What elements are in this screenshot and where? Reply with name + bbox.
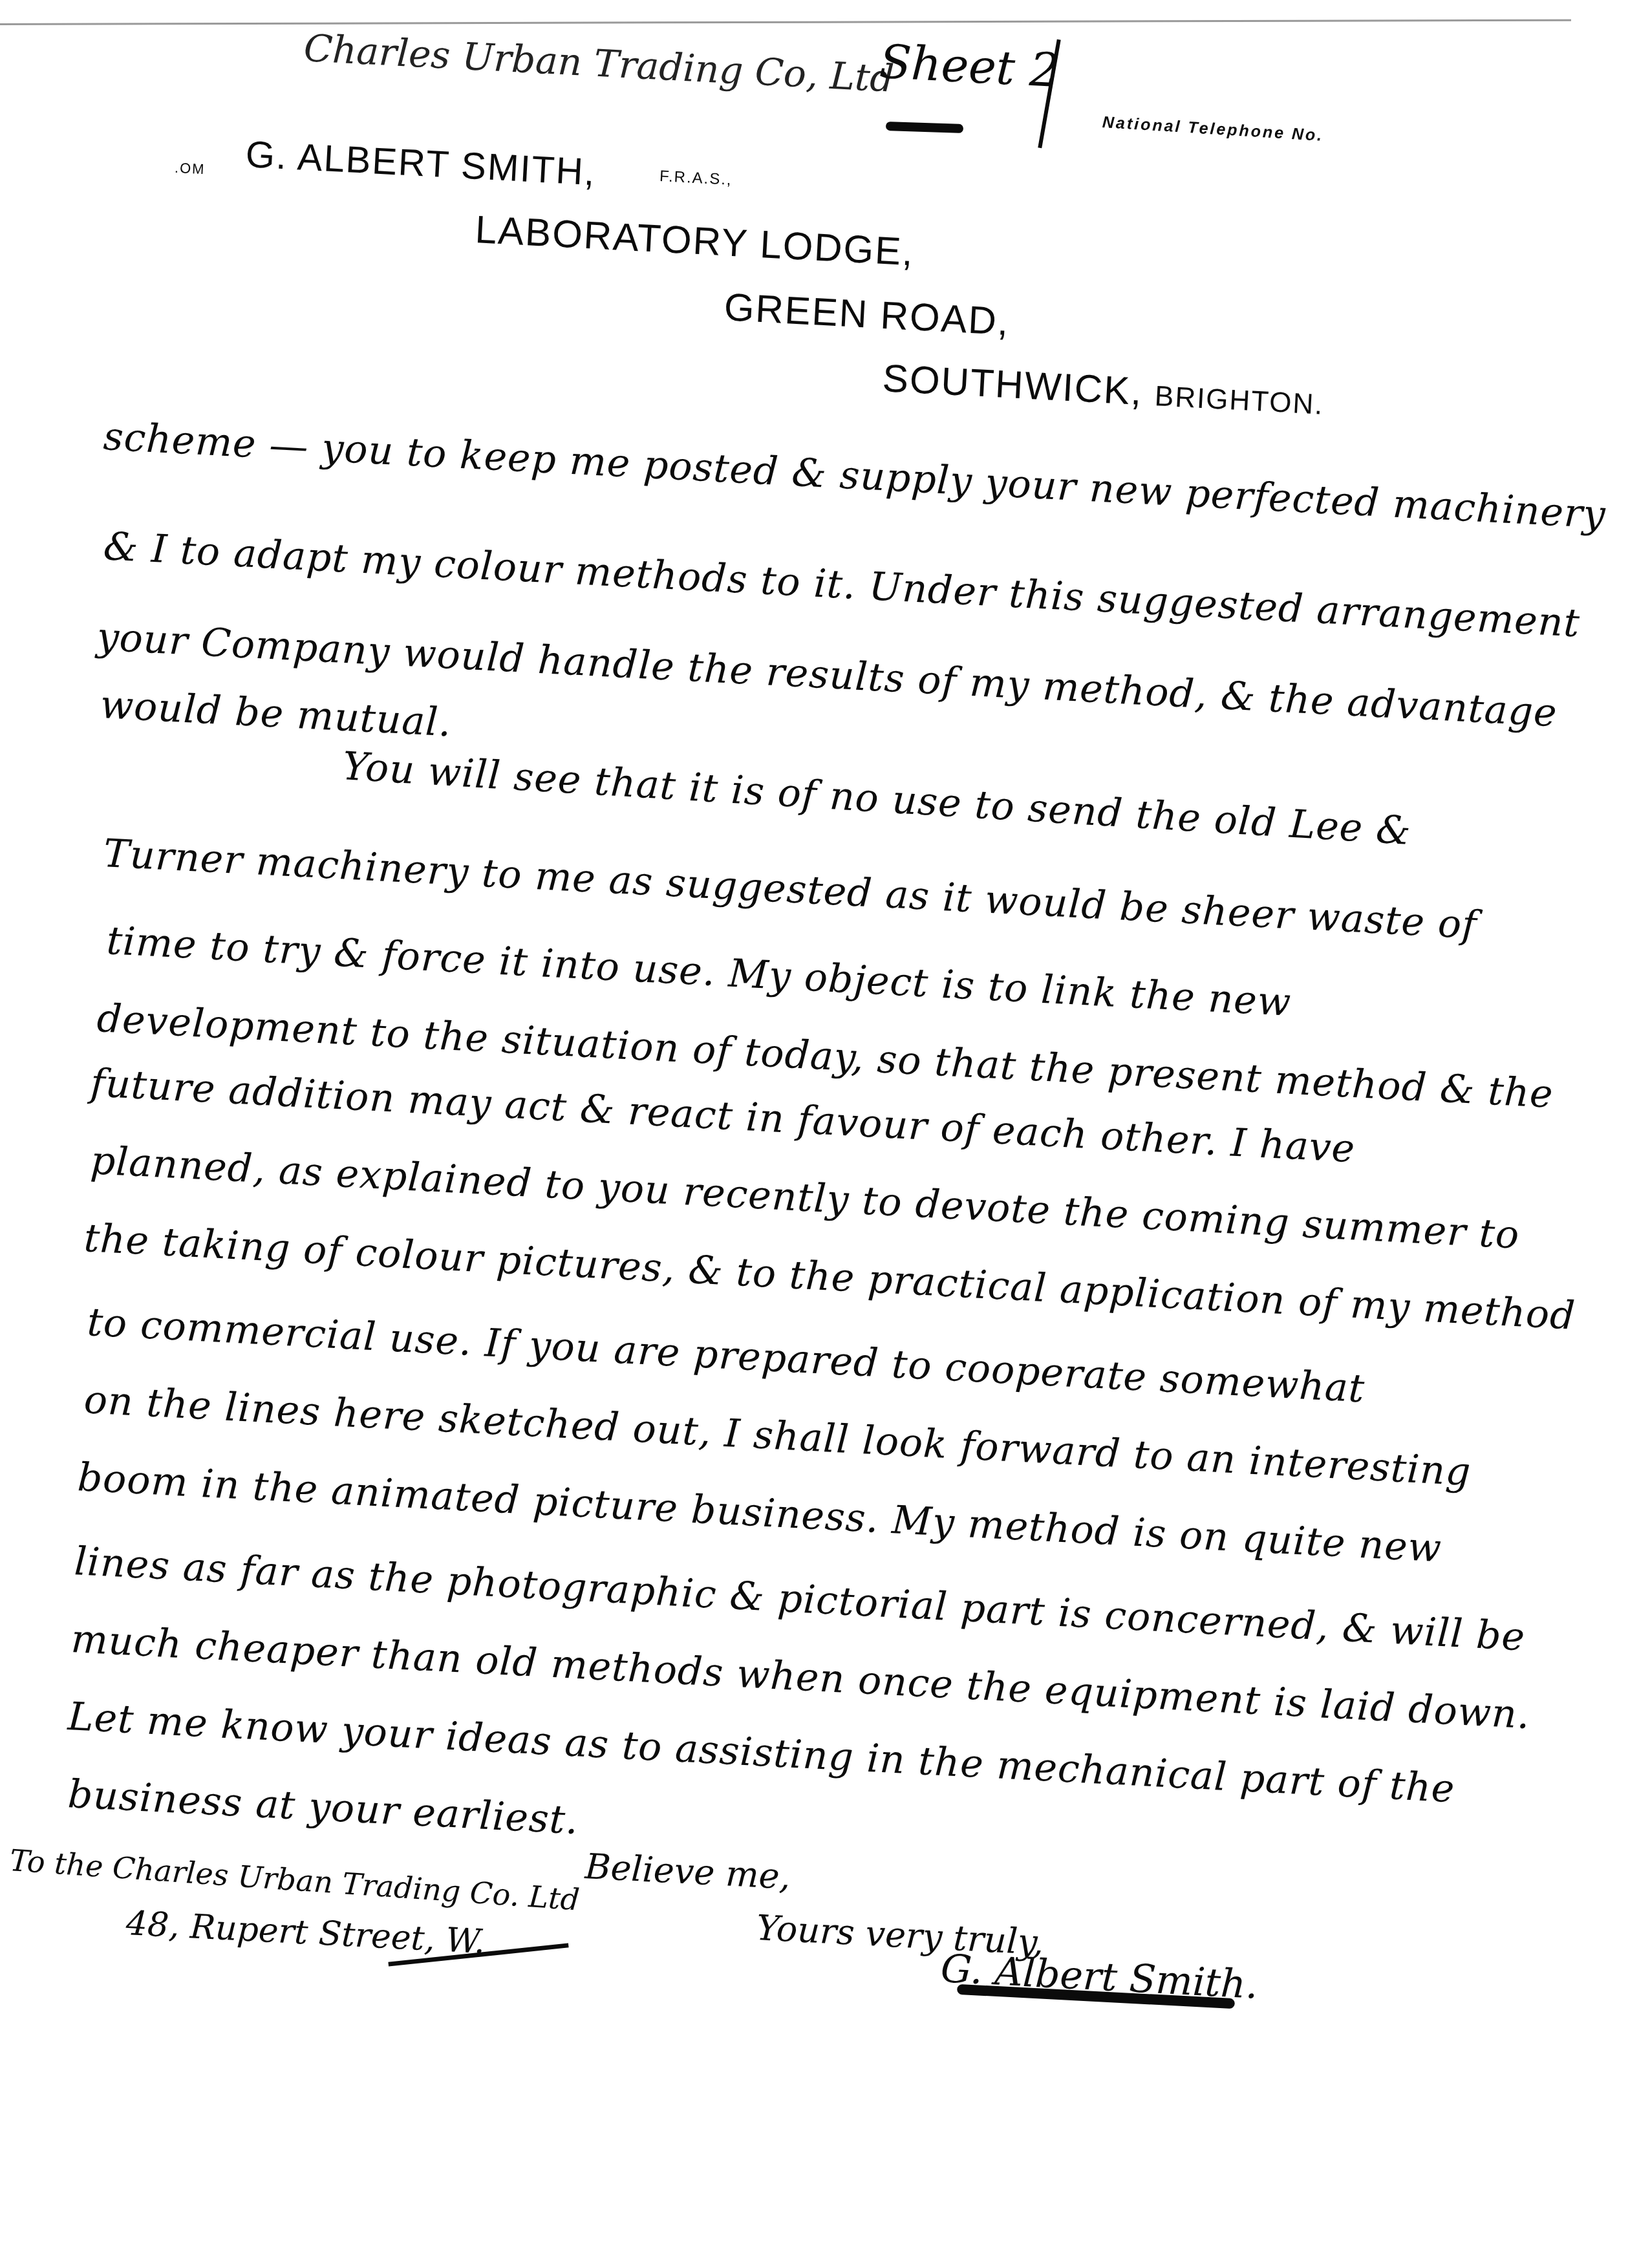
letterhead-prefix: .OM <box>174 160 206 178</box>
body-line: would be mutual. <box>99 682 453 745</box>
body-line: You will see that it is of no use to sen… <box>341 744 1413 854</box>
sheet-label: Sheet 2 <box>878 34 1061 98</box>
letterhead-address-line2: GREEN ROAD, <box>723 284 1011 344</box>
letterhead-address-line3: SOUTHWICK, BRIGHTON. <box>881 356 1325 423</box>
letterhead-name: G. ALBERT SMITH, <box>244 133 597 194</box>
closing-believe-me: Believe me, <box>584 1846 791 1898</box>
body-line: business at your earliest. <box>67 1771 580 1843</box>
sheet-label-underline <box>886 122 963 133</box>
body-line: scheme — you to keep me posted & supply … <box>102 414 1607 538</box>
header-annotation: Charles Urban Trading Co, Ltd <box>303 26 895 101</box>
recipient-address: 48, Rupert Street, W. <box>125 1904 486 1962</box>
scan-page-edge <box>0 19 1571 25</box>
telephone-label: National Telephone No. <box>1102 113 1324 145</box>
recipient-company: To the Charles Urban Trading Co. Ltd <box>8 1843 581 1917</box>
letterhead-honorific: F.R.A.S., <box>659 167 733 189</box>
letterhead-town: BRIGHTON. <box>1154 380 1325 421</box>
letterhead-locality: SOUTHWICK, <box>881 356 1144 413</box>
letterhead-address-line1: LABORATORY LODGE, <box>474 207 915 274</box>
